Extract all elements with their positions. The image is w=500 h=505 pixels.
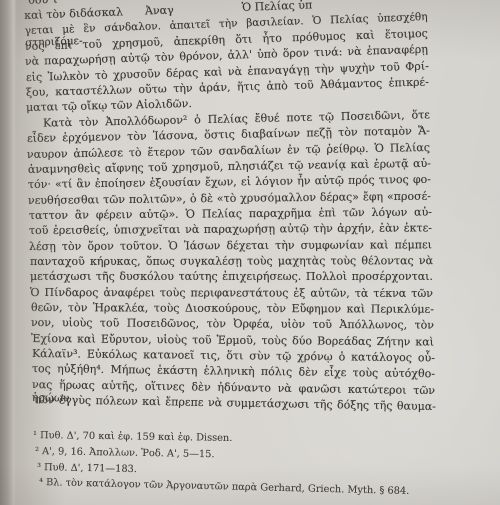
text-line: Ἐχίονα καὶ Εὔρυτον, υἱοὺς τοῦ Ἑρμοῦ, τοὺ… — [31, 332, 434, 349]
book-page-photo: θου τκαὶ τὸν διδάσκαλἈναγὉ Πελίας ὑπγετα… — [0, 0, 500, 505]
text-line: νον, υἱοὺς τοῦ Ποσειδῶνος, τὸν Ὀρφέα, υἱ… — [31, 316, 434, 332]
footnote-line: ⁴ Βλ. τὸν κατάλογον τῶν Ἀργοναυτῶν παρὰ … — [39, 477, 410, 497]
book-gutter-shadow — [0, 0, 17, 505]
clipped-text-fragment: καὶ τὸν διδάσκαλ — [24, 6, 123, 23]
footnote-line: ³ Πυθ. Δ', 171—183. — [37, 462, 137, 475]
text-line: ταττον ἂν φέρειν αὐτῷ». Ὁ Πελίας παραχρῆ… — [29, 205, 432, 222]
clipped-text-fragment: Ὁ Πελίας ὑπ — [242, 0, 313, 14]
text-line: λέσῃ τὸν ὅρον τοῦτον. Ὁ Ἰάσων δέχεται τὴ… — [29, 238, 432, 253]
clipped-text-fragment: Ἀναγ — [145, 4, 174, 18]
text-line: τόν· «τί ἂν ἐποίησεν ἐξουσίαν ἔχων, εἰ λ… — [28, 173, 431, 191]
text-line: τοῦ ἐρεισθείς, ὑπισχνεῖται νὰ παραχωρήσῃ… — [29, 222, 432, 238]
text-line: Ὁ Πίνδαρος ἀναφέρει τοὺς περιφανεστάτους… — [30, 286, 433, 300]
text-line: καὶ τὸν διδάσκαλἈναγὉ Πελίας ὑπ — [24, 0, 427, 9]
text-line: νευθήσεσθαι τῶν πολιτῶν», ὁ δὲ «τὸ χρυσό… — [28, 189, 431, 206]
footnote-line: ² Α', 9, 16. Ἀπολλων. Ῥοδ. Α', 5—15. — [35, 446, 215, 460]
text-line: θεῶν, τὸν Ἡρακλέα, τοὺς Διοσκούρους, τὸν… — [31, 301, 434, 316]
clipped-text-fragment: θου τ — [28, 0, 58, 7]
text-line: μετάσχωσι τῆς δυσκόλου ταύτης ἐπιχειρήσε… — [30, 270, 433, 283]
text-line: πανταχοῦ κήρυκας, ὅπως συγκαλέσῃ τοὺς μα… — [30, 254, 433, 268]
footnote-line: ¹ Πυθ. Δ', 70 καὶ ἐφ. 159 καὶ ἐφ. Dissen… — [33, 430, 233, 444]
